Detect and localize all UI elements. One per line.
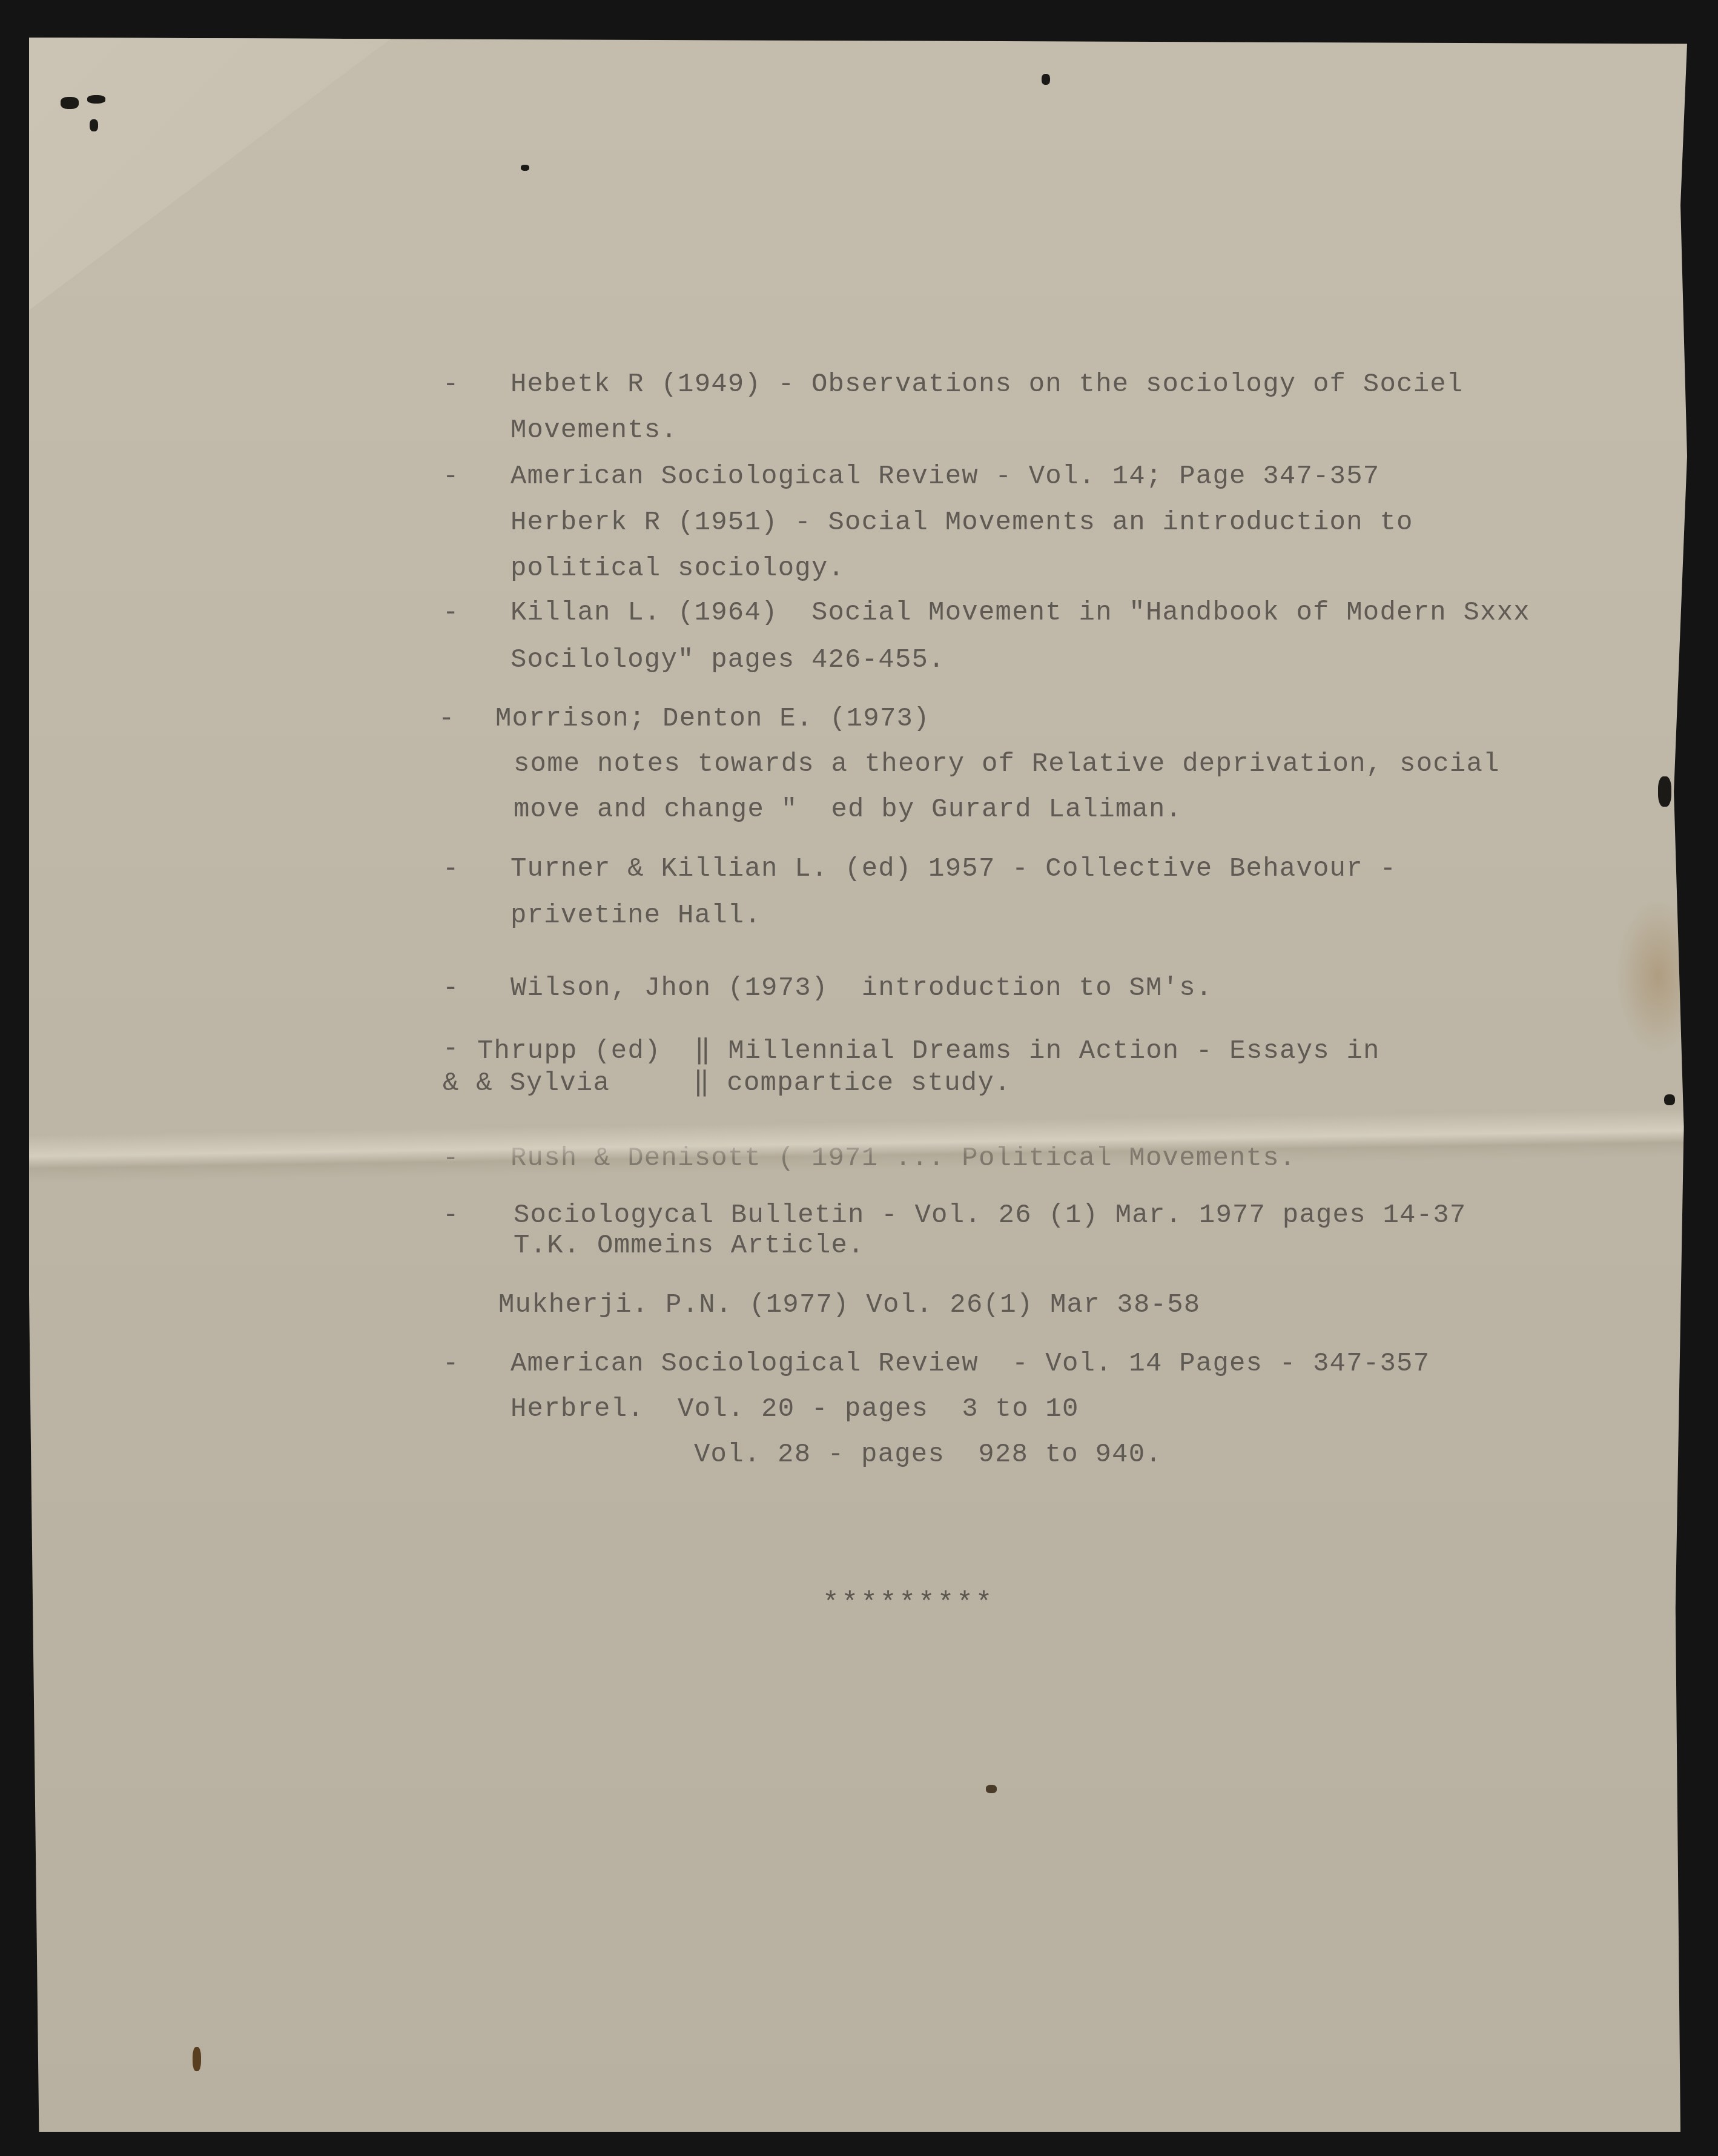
entry-dash: - [443, 1349, 460, 1379]
entry-line: Herberk R (1951) - Social Movements an i… [510, 508, 1413, 538]
paper-sheet: - Hebetk R (1949) - Observations on the … [29, 38, 1687, 2132]
paper-hole [1042, 74, 1050, 85]
entry-dash: - [443, 854, 460, 884]
entry-line: T.K. Ommeins Article. [514, 1231, 865, 1261]
entry-line: Killan L. (1964) Social Movement in "Han… [510, 598, 1530, 628]
entry-line: Sociologycal Bulletin - Vol. 26 (1) Mar.… [514, 1200, 1466, 1231]
entry-line: Turner & Killian L. (ed) 1957 - Collecti… [510, 854, 1396, 884]
entry-dash: - [443, 369, 460, 400]
entry-line: Mukherji. P.N. (1977) Vol. 26(1) Mar 38-… [498, 1290, 1200, 1320]
entry-dash: - [443, 973, 460, 1004]
entry-line: political sociology. [510, 554, 845, 584]
paper-hole [1664, 1094, 1675, 1105]
entry-line: Morrison; Denton E. (1973) [495, 704, 930, 734]
paper-hole [1658, 776, 1671, 807]
entry-dash: - [438, 704, 455, 734]
paper-hole [87, 95, 105, 104]
paper-speck [986, 1785, 997, 1793]
entry-line: & & Sylvia ‖ compartice study. [443, 1066, 1011, 1099]
bibliography: - Hebetk R (1949) - Observations on the … [29, 38, 1687, 2132]
entry-line: Wilson, Jhon (1973) introduction to SM's… [510, 973, 1212, 1004]
end-marker: ********* [822, 1588, 994, 1619]
entry-line: Socilology" pages 426-455. [510, 645, 945, 675]
paper-hole [90, 119, 98, 131]
paper-speck [193, 2047, 201, 2071]
paper-hole [521, 165, 529, 171]
paper-hole [61, 97, 79, 109]
entry-line: American Sociological Review - Vol. 14; … [510, 461, 1379, 492]
entry-line: move and change " ed by Gurard Laliman. [514, 795, 1182, 825]
entry-line: Vol. 28 - pages 928 to 940. [694, 1440, 1162, 1470]
entry-line: Movements. [510, 415, 678, 446]
entry-dash: - [443, 598, 460, 628]
entry-line: American Sociological Review - Vol. 14 P… [510, 1349, 1430, 1379]
entry-dash: - [443, 1200, 460, 1231]
entry-line: Hebetk R (1949) - Observations on the so… [510, 369, 1463, 400]
entry-dash: - [443, 1034, 460, 1064]
entry-line: Thrupp (ed) ‖ Millennial Dreams in Actio… [477, 1034, 1380, 1066]
entry-line: some notes towards a theory of Relative … [514, 749, 1500, 779]
entry-line: privetine Hall. [510, 901, 761, 931]
entry-line: Herbrel. Vol. 20 - pages 3 to 10 [510, 1394, 1079, 1424]
entry-dash: - [443, 461, 460, 492]
